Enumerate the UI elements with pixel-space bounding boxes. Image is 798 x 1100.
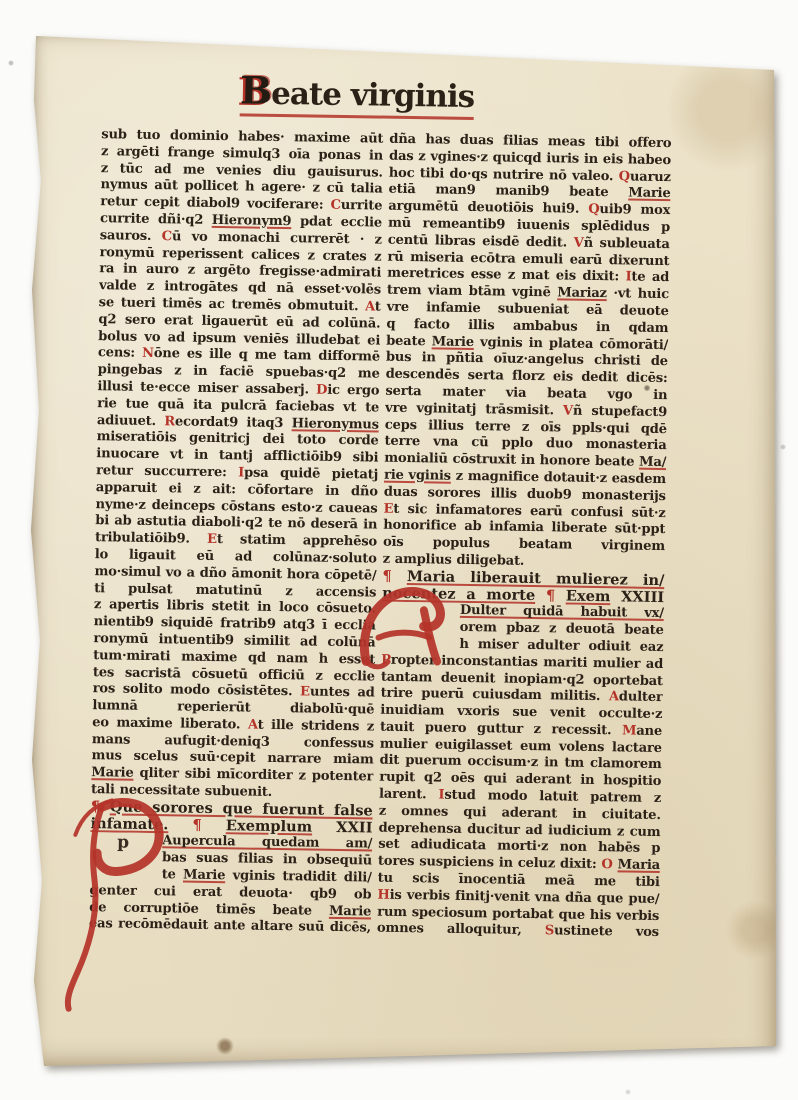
rubric-text: ¶ bbox=[192, 816, 226, 834]
running-title: Beate virginis bbox=[240, 67, 475, 120]
red-underlined-text: Hieronym9 bbox=[212, 213, 292, 229]
rubric-text: V bbox=[574, 235, 584, 250]
black-text: monialiū cōstruxit in honore beate bbox=[384, 451, 639, 470]
black-text: vre vginitatj trāsmisit. bbox=[385, 400, 563, 418]
black-text: ic ergo bbox=[327, 383, 379, 399]
black-text: vginis in platea cōmorāti/ bbox=[474, 335, 668, 353]
rubric-text: C bbox=[162, 229, 172, 244]
rubric-text: O bbox=[601, 857, 617, 872]
title-initial: B bbox=[240, 67, 272, 112]
black-text: trire puerū cuiusdam militis. bbox=[381, 686, 610, 705]
red-underlined-text: Marie bbox=[183, 868, 225, 884]
manuscript-leaf: Beate virginis sub tuo dominio habes· ma… bbox=[28, 30, 776, 1068]
svg-text:p: p bbox=[117, 833, 129, 853]
black-text: trem viam btām vginē bbox=[387, 283, 558, 301]
black-text: omnes alloquitur, bbox=[377, 921, 545, 939]
red-underlined-text: Marie bbox=[628, 186, 670, 202]
black-text: ecordat9 itaq3 bbox=[175, 414, 292, 431]
red-underlined-text: Exemplum bbox=[226, 817, 313, 835]
rubric-text: D bbox=[316, 383, 327, 398]
rubric-text: M bbox=[622, 723, 637, 738]
red-underlined-text: Exem bbox=[566, 587, 611, 605]
rubric-text: R bbox=[164, 414, 175, 429]
rubric-text: E bbox=[383, 501, 393, 516]
black-text: tores suspiciens in celuz dixit: bbox=[378, 854, 602, 873]
rubric-text: Q bbox=[619, 169, 630, 184]
black-text: etiā man9 manib9 beate bbox=[388, 182, 628, 201]
rubric-text: A bbox=[248, 717, 258, 732]
rubric-text: ¶ bbox=[382, 568, 407, 584]
black-text: adiuuet. bbox=[97, 413, 165, 429]
black-text: is verbis finitj·venit vna dña que pue/ bbox=[390, 888, 660, 907]
rubric-text: E bbox=[300, 685, 310, 700]
red-underlined-text: Marie bbox=[329, 903, 371, 919]
rubric-text: E bbox=[207, 532, 217, 547]
rubric-text: ¶ bbox=[546, 587, 566, 604]
red-underlined-text: Hieronymus bbox=[292, 416, 379, 432]
black-text: beate bbox=[386, 333, 432, 349]
black-text: argumētū deuotiōis hui9. bbox=[388, 199, 588, 217]
black-text: centū libras eisdē dedit. bbox=[388, 232, 574, 250]
black-text bbox=[535, 587, 546, 604]
decorated-initial-p-icon: p bbox=[52, 793, 186, 1023]
black-text: meretrices esse z mat eis dixit: bbox=[387, 266, 626, 285]
black-text: sauros. bbox=[100, 228, 162, 244]
decorated-initial-a-icon bbox=[356, 583, 449, 672]
black-text: illusi te·ecce miser assaberj. bbox=[97, 379, 316, 397]
printed-content: Beate virginis sub tuo dominio habes· ma… bbox=[12, 30, 776, 1080]
rubric-text: N bbox=[142, 346, 154, 361]
rubric-text: S bbox=[545, 924, 555, 939]
black-text: vginis tradidit dili/ bbox=[225, 868, 372, 885]
black-text: z amplius diligebat. bbox=[383, 552, 525, 569]
black-text: larent. bbox=[379, 787, 439, 803]
title-text: eate virginis bbox=[271, 76, 475, 115]
black-text: ·vt huic bbox=[607, 286, 669, 302]
black-text: retur succurrere: bbox=[96, 463, 238, 480]
black-text: cens: bbox=[98, 345, 142, 361]
red-underlined-text: Marie bbox=[91, 765, 133, 781]
photo-background: Beate virginis sub tuo dominio habes· ma… bbox=[0, 0, 798, 1100]
red-underlined-text: Mariaz bbox=[557, 286, 607, 302]
black-text: tauit puero guttur z recessit. bbox=[380, 720, 622, 739]
rubric-text: Q bbox=[588, 202, 599, 217]
black-text: XXIII bbox=[610, 588, 664, 606]
rubric-text: V bbox=[563, 403, 573, 418]
black-text: tribulatiōib9. bbox=[95, 530, 207, 547]
red-underlined-text: Ma/ bbox=[639, 455, 666, 470]
black-text: ros solito modo cōsistētes. bbox=[93, 681, 301, 699]
red-underlined-text: Maria bbox=[617, 858, 660, 874]
black-text: currite dñi·q2 bbox=[100, 211, 212, 228]
red-underlined-text: rie vginis bbox=[384, 468, 451, 484]
rubric-text: C bbox=[330, 198, 340, 213]
black-text: ū vo monachi currerēt · z bbox=[172, 229, 382, 247]
black-text: retur cepit diabol9 vociferare: bbox=[100, 194, 330, 213]
rubric-text: H bbox=[377, 887, 389, 902]
black-text: se tueri timēs ac tremēs obmutuit. bbox=[99, 295, 366, 314]
black-text: hoc tibi do·qs nutrire nō valeo. bbox=[389, 165, 619, 184]
rubric-text: A bbox=[609, 690, 619, 705]
red-underlined-text: Aupercula quedam am/ bbox=[162, 834, 372, 852]
rubric-text: A bbox=[365, 299, 375, 314]
text-line: omnes alloquitur, Sustinete vos iudices bbox=[377, 921, 659, 942]
black-text: uaruz bbox=[630, 169, 671, 185]
black-text: z magnifice dotauit·z easdem bbox=[451, 469, 666, 487]
red-underlined-text: Marie bbox=[432, 334, 474, 350]
text-column-right: dña has duas filias meas tibi offero mū/… bbox=[377, 132, 672, 943]
black-text: eo maxime liberato. bbox=[92, 715, 248, 732]
black-text: XXII bbox=[312, 818, 373, 836]
red-underlined-text: Dulter quidā habuit vx/ bbox=[460, 603, 664, 621]
leaf-shadow-wrap: Beate virginis sub tuo dominio habes· ma… bbox=[28, 30, 776, 1068]
